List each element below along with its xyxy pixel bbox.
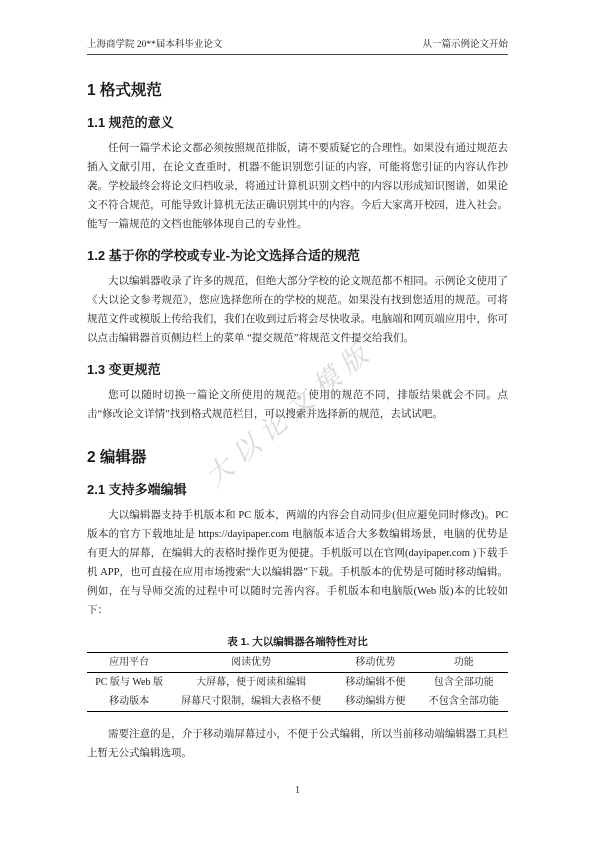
table-1: 应用平台 阅读优势 移动优势 功能 PC 版与 Web 版 大屏幕，便于阅读和编…	[87, 652, 508, 712]
table-cell: 大屏幕，便于阅读和编辑	[171, 673, 331, 693]
table-row: PC 版与 Web 版 大屏幕，便于阅读和编辑 移动编辑不便 包含全部功能	[87, 673, 508, 693]
section-1-1-heading: 1.1 规范的意义	[87, 114, 508, 132]
section-1-heading: 1 格式规范	[87, 81, 508, 101]
section-1-2-heading: 1.2 基于你的学校或专业-为论文选择合适的规范	[87, 247, 508, 265]
table-header-cell: 应用平台	[87, 653, 171, 673]
section-2-1-note-paragraph: 需要注意的是，介于移动端屏幕过小，不便于公式编辑，所以当前移动端编辑器工具栏上暂…	[87, 725, 508, 763]
table-header-row: 应用平台 阅读优势 移动优势 功能	[87, 653, 508, 673]
table-cell: 移动版本	[87, 692, 171, 712]
table-row: 移动版本 屏幕尺寸限制，编辑大表格不便 移动编辑方便 不包含全部功能	[87, 692, 508, 712]
table-header-cell: 移动优势	[331, 653, 419, 673]
table-cell: 移动编辑方便	[331, 692, 419, 712]
table-cell: 包含全部功能	[420, 673, 508, 693]
table-1-caption: 表 1. 大以编辑器各端特性对比	[87, 634, 508, 649]
header-left-text: 上海商学院 20**届本科毕业论文	[87, 36, 222, 50]
section-1-3-heading: 1.3 变更规范	[87, 361, 508, 379]
table-cell: 移动编辑不便	[331, 673, 419, 693]
document-page: 大以论文模版 上海商学院 20**届本科毕业论文 从一篇示例论文开始 1 格式规…	[0, 0, 595, 842]
table-cell: PC 版与 Web 版	[87, 673, 171, 693]
section-1-2-paragraph: 大以编辑器收录了许多的规范，但绝大部分学校的论文规范都不相同。示例论文使用了《大…	[87, 272, 508, 348]
table-header-cell: 阅读优势	[171, 653, 331, 673]
header-right-text: 从一篇示例论文开始	[422, 36, 508, 50]
section-2-1-paragraph: 大以编辑器支持手机版本和 PC 版本，两端的内容会自动同步(但应避免同时修改)。…	[87, 506, 508, 620]
table-cell: 屏幕尺寸限制，编辑大表格不便	[171, 692, 331, 712]
section-2-1-heading: 2.1 支持多端编辑	[87, 481, 508, 499]
section-1-3-paragraph: 您可以随时切换一篇论文所使用的规范。使用的规范不同，排版结果就会不同。点击“修改…	[87, 386, 508, 424]
page-number: 1	[0, 785, 595, 796]
section-2-heading: 2 编辑器	[87, 448, 508, 468]
section-1-1-paragraph: 任何一篇学术论文都必须按照规范排版，请不要质疑它的合理性。如果没有通过规范去插入…	[87, 139, 508, 234]
table-header-cell: 功能	[420, 653, 508, 673]
table-cell: 不包含全部功能	[420, 692, 508, 712]
running-header: 上海商学院 20**届本科毕业论文 从一篇示例论文开始	[87, 36, 508, 55]
